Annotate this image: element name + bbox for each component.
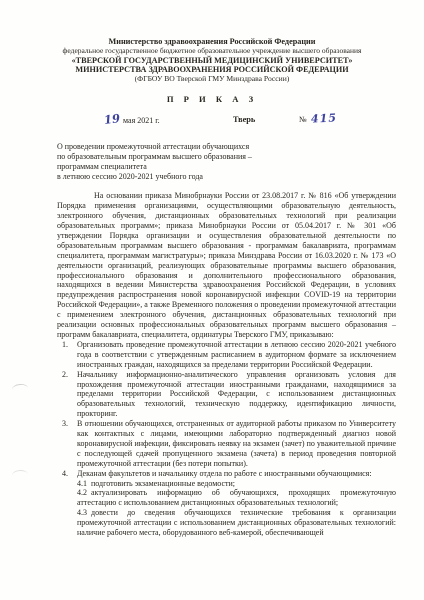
item-text: Организовать проведение промежуточной ат… [77,340,396,369]
subject-line: в летнюю сессию 2020-2021 учебного года [57,172,304,182]
item-text: Начальнику информационно-аналитического … [77,370,396,419]
subject-line: программам специалитета [57,162,304,172]
order-item-4: 4. Деканам факультетов и начальнику отде… [57,469,396,479]
subitem-number: 4.3 [77,508,87,518]
item-number: 4. [62,469,68,479]
scan-artifact-arc [12,469,29,480]
order-item-1: 1. Организовать проведение промежуточной… [57,340,396,370]
scan-artifact-arc [12,383,29,395]
item-number: 2. [62,370,68,380]
order-subitem-4-2: 4.2актуализировать информацию об обучающ… [57,488,396,508]
item-number: 3. [62,419,68,429]
subitem-text: подготовить экзаменационные ведомости; [91,479,235,488]
scanned-order-document: Министерство здравоохранения Российской … [0,0,424,600]
subitem-text: актуализировать информацию об обучающихс… [77,488,396,507]
header-ministry-ownership-line: МИНИСТЕРСТВА ЗДРАВООХРАНЕНИЯ РОССИЙСКОЙ … [0,65,424,74]
item-text: В отношении обучающихся, отстраненных от… [77,419,396,468]
subitem-text: довести до сведения обучающихся техничес… [77,508,396,537]
number-sign: № [299,115,307,124]
handwritten-document-number: 415 [310,115,336,124]
item-number: 1. [62,340,68,350]
intro-paragraph: На основании приказа Минобрнауки России … [57,191,396,340]
subitem-number: 4.2 [77,488,87,498]
order-subitem-4-3: 4.3довести до сведения обучающихся техни… [57,508,396,538]
order-item-3: 3. В отношении обучающихся, отстраненных… [57,419,396,469]
header-ministry-line: Министерство здравоохранения Российской … [0,37,424,46]
date-group: 19мая 2021 г. [104,115,160,125]
subitem-number: 4.1 [77,479,87,489]
handwritten-day: 19 [104,115,121,125]
subject-block: О проведении промежуточной аттестации об… [57,142,304,181]
order-subitem-4-1: 4.1подготовить экзаменационные ведомости… [57,479,396,489]
item-text: Деканам факультетов и начальнику отдела … [77,469,372,478]
document-header: Министерство здравоохранения Российской … [0,0,424,83]
header-institution-type-line: федеральное государственное бюджетное об… [0,46,424,55]
order-item-2: 2. Начальнику информационно-аналитическо… [57,370,396,420]
document-body: На основании приказа Минобрнауки России … [57,191,396,538]
city-label: Тверь [233,115,255,124]
subject-line: по образовательным программам высшего об… [57,152,304,162]
document-type-heading: П Р И К А З [0,94,424,104]
header-short-name: (ФГБОУ ВО Тверской ГМУ Минздрава России) [0,74,424,83]
header-university-name: «ТВЕРСКОЙ ГОСУДАРСТВЕННЫЙ МЕДИЦИНСКИЙ УН… [0,56,424,65]
document-number-group: №415 [299,115,337,124]
dateline: 19мая 2021 г. Тверь №415 [0,113,424,128]
date-text: мая 2021 г. [123,116,160,125]
subject-line: О проведении промежуточной аттестации об… [57,142,304,152]
